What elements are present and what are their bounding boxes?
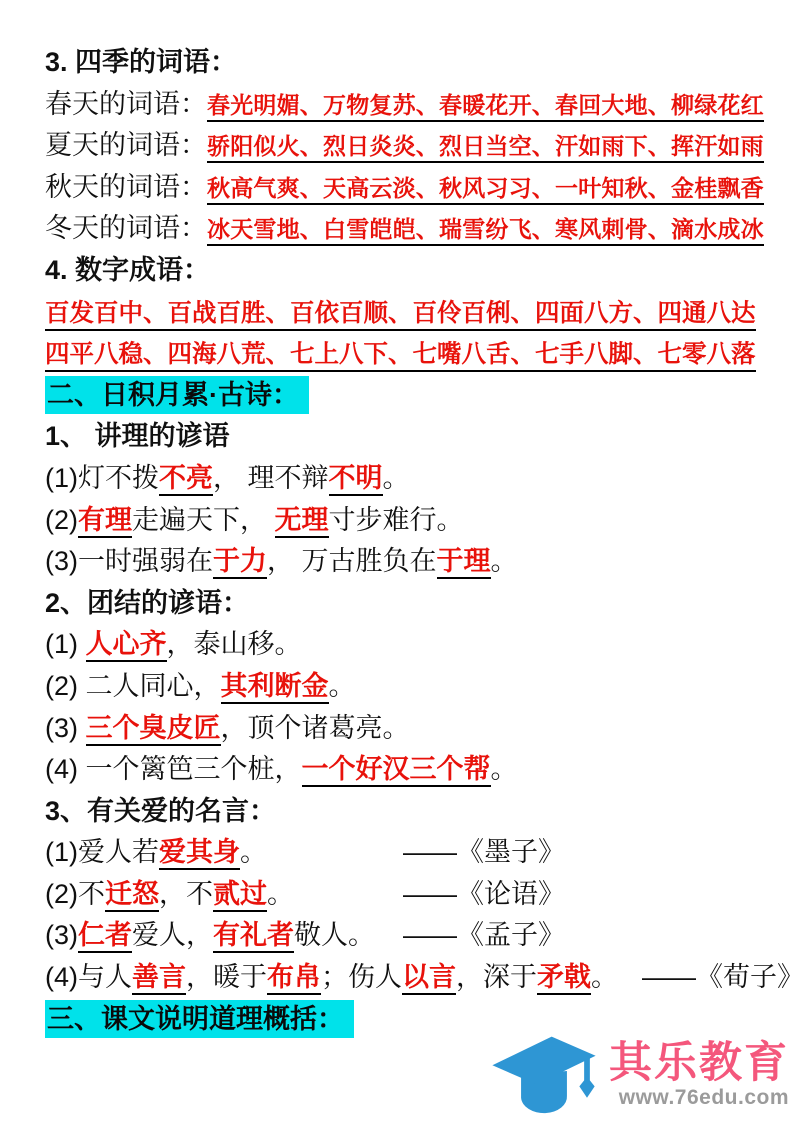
text-segment: ，顶个诸葛亮。 (221, 713, 410, 743)
heading-seasons: 3. 四季的词语： (45, 42, 763, 84)
proverb-line: (2) 二人同心，其利断金。 (45, 666, 763, 708)
highlighted-word: 迁怒 (105, 879, 159, 912)
text-segment: (4)与人 (45, 962, 132, 992)
season-label: 夏天的词语： (45, 130, 207, 160)
text-segment: ，泰山移。 (167, 629, 302, 659)
text-segment: 走遍天下， (132, 505, 275, 535)
document-content: 3. 四季的词语： 春天的词语：春光明媚、万物复苏、春暖花开、春回大地、柳绿花红… (45, 42, 763, 1040)
season-line-summer: 夏天的词语：骄阳似火、烈日炎炎、烈日当空、汗如雨下、挥汗如雨 (45, 125, 763, 167)
quote-text: (1)爱人若爱其身。 (45, 837, 267, 870)
proverb-line: (1) 人心齐，泰山移。 (45, 624, 763, 666)
highlighted-word: 爱其身 (159, 837, 240, 870)
proverb-line: (1)灯不拨不亮， 理不辩不明。 (45, 458, 763, 500)
quote-line: (3)仁者爱人，有礼者敬人。——《孟子》 (45, 915, 763, 957)
text-segment: ；伤人 (321, 962, 402, 992)
highlighted-word: 布帛 (267, 962, 321, 995)
highlighted-word: 矛戟 (537, 962, 591, 995)
heading-unity-proverbs: 2、团结的谚语： (45, 583, 763, 625)
proverb-line: (4) 一个篱笆三个桩，一个好汉三个帮。 (45, 749, 763, 791)
text-segment: 。 (267, 879, 294, 909)
text-segment: 。 (240, 837, 267, 867)
proverb-line: (2)有理走遍天下， 无理寸步难行。 (45, 500, 763, 542)
season-label: 秋天的词语： (45, 172, 207, 202)
highlighted-word: 其利断金 (221, 671, 329, 704)
highlighted-word: 三个臭皮匠 (86, 713, 221, 746)
season-words: 骄阳似火、烈日炎炎、烈日当空、汗如雨下、挥汗如雨 (207, 133, 764, 163)
quote-text: (4)与人善言，暖于布帛；伤人以言，深于矛戟。 (45, 962, 618, 995)
heading-summary: 三、课文说明道理概括： (45, 1000, 354, 1038)
highlighted-word: 于力 (213, 546, 267, 579)
heading-love-quotes: 3、有关爱的名言： (45, 791, 763, 833)
quote-line: (2)不迁怒，不贰过。——《论语》 (45, 874, 763, 916)
text-segment: ， 万古胜负在 (267, 546, 437, 576)
highlighted-word: 有理 (78, 505, 132, 538)
highlighted-word: 贰过 (213, 879, 267, 912)
heading-accumulate-wrap: 二、日积月累·古诗： (45, 375, 763, 417)
season-words: 冰天雪地、白雪皑皑、瑞雪纷飞、寒风刺骨、滴水成冰 (207, 216, 764, 246)
text-segment: ，不 (159, 879, 213, 909)
text-segment: (2)不 (45, 879, 105, 909)
text-segment: 。 (491, 754, 518, 784)
heading-accumulate: 二、日积月累·古诗： (45, 376, 309, 414)
season-label: 冬天的词语： (45, 213, 207, 243)
highlighted-word: 于理 (437, 546, 491, 579)
highlighted-word: 善言 (132, 962, 186, 995)
text-segment: 。 (383, 463, 410, 493)
quote-source: ——《孟子》 (403, 915, 565, 957)
text-segment: (3)一时强弱在 (45, 546, 213, 576)
highlighted-word: 仁者 (78, 920, 132, 953)
highlighted-word: 人心齐 (86, 629, 167, 662)
proverb-line: (3)一时强弱在于力， 万古胜负在于理。 (45, 541, 763, 583)
highlighted-word: 不亮 (159, 463, 213, 496)
idiom-line: 百发百中、百战百胜、百依百顺、百伶百俐、四面八方、四通八达 (45, 292, 763, 334)
site-logo: 其乐教育 www.76edu.com (485, 1029, 789, 1120)
idiom-words: 四平八稳、四海八荒、七上八下、七嘴八舌、七手八脚、七零八落 (45, 341, 756, 372)
text-segment: ， 理不辩 (213, 463, 329, 493)
text-segment: 。 (329, 671, 356, 701)
text-segment: (3) (45, 920, 78, 950)
quote-text: (3)仁者爱人，有礼者敬人。 (45, 920, 375, 953)
logo-brand-name: 其乐教育 (609, 1040, 789, 1086)
quote-text: (2)不迁怒，不贰过。 (45, 879, 294, 912)
season-words: 春光明媚、万物复苏、春暖花开、春回大地、柳绿花红 (207, 92, 764, 122)
highlighted-word: 无理 (275, 505, 329, 538)
quote-line: (4)与人善言，暖于布帛；伤人以言，深于矛戟。——《荀子》 (45, 957, 763, 999)
text-segment: (4) 一个篱笆三个桩， (45, 754, 302, 784)
graduation-cap-icon (485, 1029, 603, 1120)
season-label: 春天的词语： (45, 89, 207, 119)
heading-number-idioms: 4. 数字成语： (45, 250, 763, 292)
text-segment: ，暖于 (186, 962, 267, 992)
text-segment: (3) (45, 713, 86, 743)
idiom-words: 百发百中、百战百胜、百依百顺、百伶百俐、四面八方、四通八达 (45, 300, 756, 331)
logo-website-url: www.76edu.com (609, 1086, 789, 1109)
text-segment: (1)爱人若 (45, 837, 159, 867)
quote-source: ——《墨子》 (403, 832, 565, 874)
season-line-autumn: 秋天的词语：秋高气爽、天高云淡、秋风习习、一叶知秋、金桂飘香 (45, 167, 763, 209)
text-segment: (2) (45, 505, 78, 535)
logo-text: 其乐教育 www.76edu.com (609, 1040, 789, 1110)
quote-line: (1)爱人若爱其身。——《墨子》 (45, 832, 763, 874)
idiom-line: 四平八稳、四海八荒、七上八下、七嘴八舌、七手八脚、七零八落 (45, 333, 763, 375)
proverb-line: (3) 三个臭皮匠，顶个诸葛亮。 (45, 708, 763, 750)
document-page: 3. 四季的词语： 春天的词语：春光明媚、万物复苏、春暖花开、春回大地、柳绿花红… (0, 0, 793, 1122)
season-line-spring: 春天的词语：春光明媚、万物复苏、春暖花开、春回大地、柳绿花红 (45, 84, 763, 126)
text-segment: ，深于 (456, 962, 537, 992)
heading-reason-proverbs: 1、 讲理的谚语 (45, 416, 763, 458)
highlighted-word: 有礼者 (213, 920, 294, 953)
text-segment: 寸步难行。 (329, 505, 464, 535)
quote-source: ——《荀子》 (642, 962, 793, 992)
text-segment: 。 (591, 962, 618, 992)
season-line-winter: 冬天的词语：冰天雪地、白雪皑皑、瑞雪纷飞、寒风刺骨、滴水成冰 (45, 208, 763, 250)
season-words: 秋高气爽、天高云淡、秋风习习、一叶知秋、金桂飘香 (207, 175, 764, 205)
highlighted-word: 不明 (329, 463, 383, 496)
text-segment: 爱人， (132, 920, 213, 950)
quote-source: ——《论语》 (403, 874, 565, 916)
text-segment: (2) 二人同心， (45, 671, 221, 701)
text-segment: 。 (491, 546, 518, 576)
text-segment: (1)灯不拨 (45, 463, 159, 493)
text-segment: 敬人。 (294, 920, 375, 950)
highlighted-word: 一个好汉三个帮 (302, 754, 491, 787)
text-segment: (1) (45, 629, 86, 659)
highlighted-word: 以言 (402, 962, 456, 995)
